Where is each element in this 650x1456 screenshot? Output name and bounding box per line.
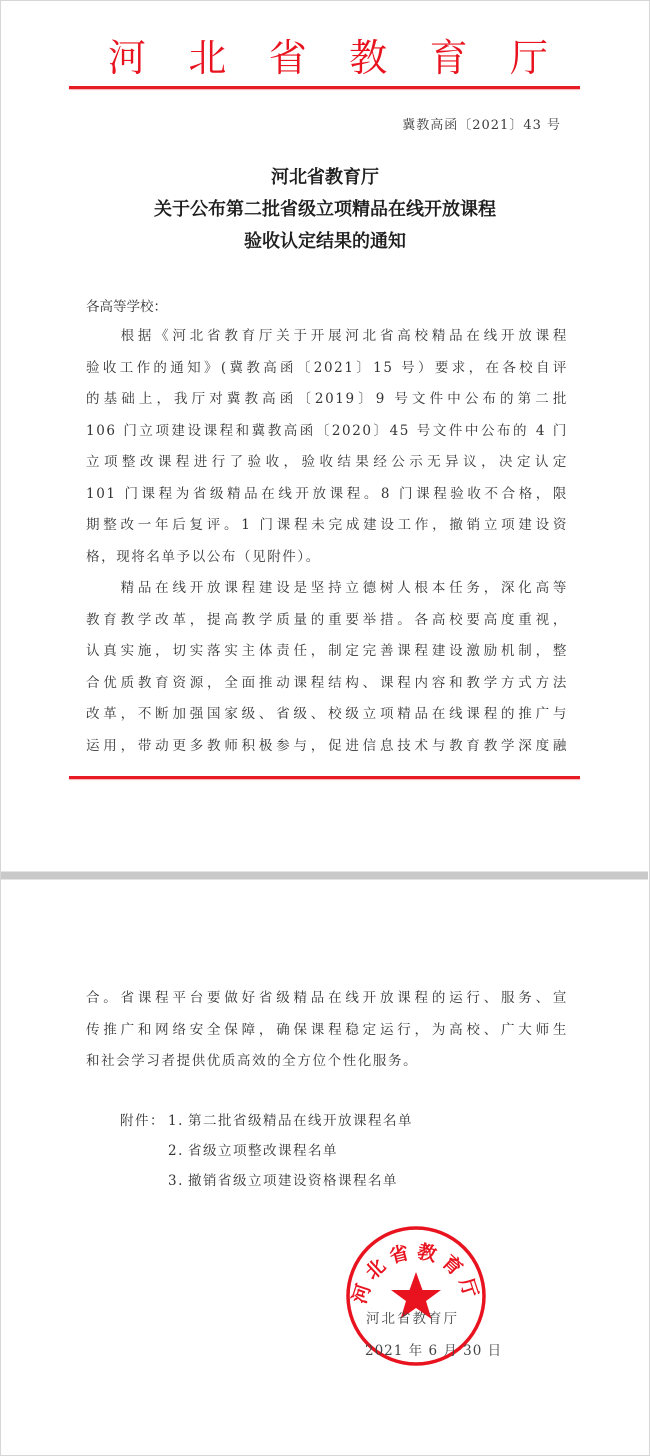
red-divider-bottom (69, 776, 580, 779)
salutation: 各高等学校： (86, 295, 167, 315)
title-line-3: 验收认定结果的通知 (0, 226, 650, 258)
text-line: 运用，带动更多教师积极参与，促进信息技术与教育教学深度融 (86, 731, 568, 763)
masthead-char: 厅 (510, 36, 548, 80)
text-line: 传推广和网络安全保障，确保课程稳定运行，为高校、广大师生 (86, 1015, 568, 1047)
attachment-item: 附件： 1. 第二批省级精品在线开放课程名单 (120, 1106, 413, 1136)
text-line: 精品在线开放课程建设是坚持立德树人根本任务，深化高等 (86, 573, 568, 605)
text-line: 格，现将名单予以公布（见附件）。 (86, 542, 568, 574)
attachment-number: 2. (168, 1136, 188, 1166)
text-line: 合优质教育资源，全面推动课程结构、课程内容和教学方式方法 (86, 668, 568, 700)
paragraph-1: 根据《河北省教育厅关于开展河北省高校精品在线开放课程 验收工作的通知》(冀教高函… (86, 321, 568, 573)
document-title: 河北省教育厅 关于公布第二批省级立项精品在线开放课程 验收认定结果的通知 (0, 162, 650, 258)
text-line: 认真实施，切实落实主体责任，制定完善课程建设激励机制，整 (86, 636, 568, 668)
red-divider-top (69, 86, 580, 89)
masthead-char: 教 (349, 36, 387, 80)
attachment-title: 撤销省级立项建设资格课程名单 (188, 1166, 398, 1196)
masthead-char: 省 (269, 36, 307, 80)
masthead-char: 北 (188, 36, 226, 80)
text-line: 验收工作的通知》(冀教高函〔2021〕15 号）要求，在各校自评 (86, 353, 568, 385)
text-line: 期整改一年后复评。1 门课程未完成建设工作，撤销立项建设资 (86, 510, 568, 542)
attachment-number: 3. (168, 1166, 188, 1196)
title-line-1: 河北省教育厅 (0, 162, 650, 194)
masthead-char: 育 (430, 36, 468, 80)
signature-date: 2021 年 6 月 30 日 (365, 1339, 502, 1359)
text-line: 教育教学改革，提高教学质量的重要举措。各高校要高度重视， (86, 605, 568, 637)
text-line: 改革，不断加强国家级、省级、校级立项精品在线课程的推广与 (86, 699, 568, 731)
masthead-char: 河 (108, 36, 146, 80)
masthead-title: 河 北 省 教 育 厅 (108, 36, 548, 80)
attachment-item: 3. 撤销省级立项建设资格课程名单 (120, 1166, 413, 1196)
document-number: 冀教高函〔2021〕43 号 (402, 114, 561, 133)
attachment-title: 第二批省级精品在线开放课程名单 (188, 1106, 413, 1136)
text-line: 立项整改课程进行了验收，验收结果经公示无异议，决定认定 (86, 447, 568, 479)
signature-organization: 河北省教育厅 (366, 1307, 459, 1327)
attachments-list: 附件： 1. 第二批省级精品在线开放课程名单 2. 省级立项整改课程名单 3. … (120, 1106, 413, 1196)
attachments-label: 附件： (120, 1106, 168, 1136)
paragraph-2: 精品在线开放课程建设是坚持立德树人根本任务，深化高等 教育教学改革，提高教学质量… (86, 573, 568, 762)
text-line: 的基础上，我厅对冀教高函〔2019〕9 号文件中公布的第二批 (86, 384, 568, 416)
title-line-2: 关于公布第二批省级立项精品在线开放课程 (0, 194, 650, 226)
text-line: 101 门课程为省级精品在线开放课程。8 门课程验收不合格，限 (86, 479, 568, 511)
attachment-item: 2. 省级立项整改课程名单 (120, 1136, 413, 1166)
paragraph-2-continued: 合。省课程平台要做好省级精品在线开放课程的运行、服务、宣 传推广和网络安全保障，… (86, 983, 568, 1078)
text-line: 合。省课程平台要做好省级精品在线开放课程的运行、服务、宣 (86, 983, 568, 1015)
text-line: 106 门立项建设课程和冀教高函〔2020〕45 号文件中公布的 4 门 (86, 416, 568, 448)
attachment-title: 省级立项整改课程名单 (188, 1136, 338, 1166)
attachment-number: 1. (168, 1106, 188, 1136)
text-line: 根据《河北省教育厅关于开展河北省高校精品在线开放课程 (86, 321, 568, 353)
page-break-separator (1, 871, 648, 880)
text-line: 和社会学习者提供优质高效的全方位个性化服务。 (86, 1046, 568, 1078)
